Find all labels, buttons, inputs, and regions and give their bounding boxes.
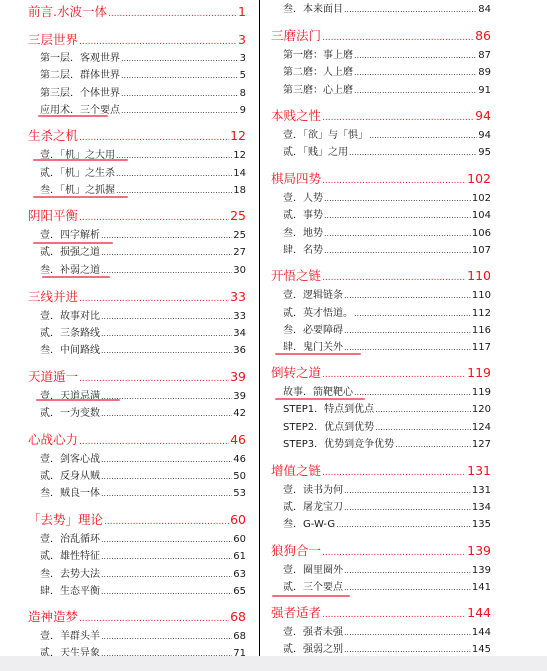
dot-leader (104, 517, 229, 527)
toc-page-number: 12 (230, 128, 246, 143)
toc-page-number: 50 (233, 471, 246, 482)
viewer-bottom-bar (0, 656, 547, 671)
toc-entry-title: 贰．事势 (283, 206, 323, 221)
dot-leader (121, 89, 239, 98)
toc-entry-title: 叁．G-W-G (283, 515, 335, 530)
toc-chapter-link[interactable]: 增值之链131 (271, 461, 491, 479)
toc-section-link[interactable]: 壹．四字解析25 (28, 226, 246, 241)
handwritten-underline (33, 159, 128, 161)
dot-leader (344, 343, 471, 352)
toc-entry-title: 前言.水波一体 (28, 2, 107, 20)
toc-page-number: 144 (472, 627, 491, 638)
toc-page-number: 117 (472, 342, 491, 353)
dot-leader (79, 294, 229, 304)
toc-entry-title: 肆．鬼门关外 (283, 338, 343, 353)
toc-page-number: 3 (238, 32, 246, 47)
toc-entry-title: 三线并进 (28, 287, 78, 305)
toc-section-link[interactable]: 叁．中间路线36 (28, 341, 246, 356)
toc-chapter-link[interactable]: 「去势」理论60 (28, 510, 246, 528)
toc-section-link[interactable]: 贰．一为变数42 (28, 404, 246, 419)
toc-chapter-link[interactable]: 本贱之性94 (271, 106, 491, 124)
toc-page-number: 94 (475, 108, 491, 123)
toc-page-number: 84 (478, 4, 491, 15)
dot-leader (101, 392, 232, 401)
handwritten-underline (275, 353, 361, 355)
toc-entry-title: 壹．圈里圈外 (283, 561, 343, 576)
dot-leader (121, 71, 239, 80)
toc-entry-title: 贰．屠龙宝刀 (283, 498, 343, 513)
dot-leader (101, 455, 232, 464)
toc-page-number: 18 (233, 185, 246, 196)
toc-page-number: 25 (230, 208, 246, 223)
toc-section-link[interactable]: 壹．人势102 (271, 189, 491, 204)
dot-leader (322, 273, 466, 283)
toc-entry-title: 造神造梦 (28, 607, 78, 625)
dot-leader (101, 346, 232, 355)
toc-entry-title: 强者适者 (271, 603, 321, 621)
toc-section-link[interactable]: 肆．生态平衡65 (28, 582, 246, 597)
toc-entry-title: 三层世界 (28, 30, 78, 48)
toc-entry-title: 肆．名势 (283, 241, 323, 256)
toc-section-link[interactable]: 壹．读书为何131 (271, 481, 491, 496)
toc-entry-title: 叁．中间路线 (40, 341, 100, 356)
toc-page-number: 61 (233, 551, 246, 562)
dot-leader (322, 113, 474, 123)
dot-leader (79, 133, 229, 143)
toc-page-number: 131 (467, 463, 491, 478)
toc-entry-title: 壹．强者未强 (283, 623, 343, 638)
toc-chapter-link[interactable]: 开悟之链110 (271, 266, 491, 284)
dot-leader (101, 248, 232, 257)
toc-page-number: 39 (230, 369, 246, 384)
toc-page-number: 60 (233, 534, 246, 545)
toc-entry-title: 贰．强弱之别 (283, 640, 343, 655)
toc-entry-title: 贰．反身从贼 (40, 467, 100, 482)
handwritten-underline (42, 276, 110, 278)
dot-leader (79, 374, 229, 384)
toc-entry-title: 生杀之机 (28, 126, 78, 144)
dot-leader (344, 291, 471, 300)
toc-entry-title: 心战心力 (28, 430, 78, 448)
dot-leader (79, 437, 229, 447)
toc-page-number: 119 (467, 365, 491, 380)
toc-page-number: 34 (233, 328, 246, 339)
toc-page-number: 91 (478, 85, 491, 96)
toc-page-number: 63 (233, 569, 246, 580)
toc-page-number: 9 (240, 105, 246, 116)
toc-section-link[interactable]: 壹．圈里圈外139 (271, 561, 491, 576)
toc-entry-title: 天道遁一 (28, 367, 78, 385)
toc-page-number: 87 (478, 50, 491, 61)
toc-chapter-link[interactable]: 三线并进33 (28, 287, 246, 305)
column-divider (259, 0, 260, 656)
toc-entry-title: 狼狗合一 (271, 541, 321, 559)
toc-section-link[interactable]: 第三磨：心上磨91 (271, 81, 491, 96)
toc-entry-title: 贰．损强之道 (40, 243, 100, 258)
dot-leader (354, 51, 477, 60)
toc-entry-title: 第二磨：人上磨 (283, 63, 353, 78)
handwritten-underline (33, 242, 113, 244)
toc-page-number: 145 (472, 644, 491, 655)
toc-section-link[interactable]: 贰．损强之道27 (28, 243, 246, 258)
toc-page-number: 42 (233, 408, 246, 419)
dot-leader (344, 645, 471, 654)
toc-entry-title: 「去势」理论 (28, 510, 103, 528)
dot-leader (121, 54, 239, 63)
dot-leader (101, 632, 232, 641)
toc-entry-title: 开悟之链 (271, 266, 321, 284)
toc-entry-title: 壹．羊群头羊 (40, 627, 100, 642)
toc-page-number: 36 (233, 345, 246, 356)
toc-entry-title: 第三层．个体世界 (40, 84, 120, 99)
handwritten-underline (38, 115, 108, 117)
toc-entry-title: 叁．补弱之道 (40, 261, 100, 276)
dot-leader (116, 151, 232, 160)
toc-page-number: 95 (478, 147, 491, 158)
dot-leader (344, 486, 471, 495)
toc-section-link[interactable]: 贰．三条路线34 (28, 324, 246, 339)
toc-page-number: 33 (233, 311, 246, 322)
toc-entry-title: 贰．三条路线 (40, 324, 100, 339)
toc-chapter-link[interactable]: 强者适者144 (271, 603, 491, 621)
dot-leader (322, 33, 474, 43)
toc-entry-title: 壹．四字解析 (40, 226, 100, 241)
toc-entry-title: 壹．治乱循环 (40, 530, 100, 545)
toc-section-link[interactable]: 贰．英才悟道。112 (271, 304, 491, 319)
dot-leader (354, 388, 471, 397)
toc-chapter-link[interactable]: 天道遁一39 (28, 367, 246, 385)
toc-chapter-link[interactable]: 三层世界3 (28, 30, 246, 48)
dot-leader (79, 614, 229, 624)
toc-page-number: 104 (472, 210, 491, 221)
dot-leader (121, 106, 239, 115)
toc-chapter-link[interactable]: 棋局四势102 (271, 169, 491, 187)
toc-section-link[interactable]: 叁．补弱之道30 (28, 261, 246, 276)
toc-entry-title: 肆．生态平衡 (40, 582, 100, 597)
dot-leader (324, 229, 471, 238)
toc-section-link[interactable]: 贰．反身从贼50 (28, 467, 246, 482)
toc-entry-title: 壹．人势 (283, 189, 323, 204)
toc-page-number: 12 (233, 150, 246, 161)
toc-section-link[interactable]: 叁．本来面目84 (271, 0, 491, 15)
toc-entry-title: 叁．贼良一体 (40, 484, 100, 499)
dot-leader (322, 370, 466, 380)
toc-page-number: 141 (472, 582, 491, 593)
dot-leader (116, 186, 232, 195)
handwritten-underline (33, 196, 128, 198)
toc-entry-title: STEP3．优势到竞争优势 (283, 435, 394, 450)
toc-section-link[interactable]: 壹．剑客心战46 (28, 450, 246, 465)
toc-section-link[interactable]: 第二磨：人上磨89 (271, 63, 491, 78)
toc-page-number: 94 (478, 130, 491, 141)
dot-leader (101, 266, 232, 275)
toc-entry-title: 应用术．三个要点 (40, 101, 120, 116)
dot-leader (101, 570, 232, 579)
dot-leader (344, 326, 471, 335)
toc-page-number: 5 (240, 70, 246, 81)
dot-leader (395, 440, 471, 449)
handwritten-underline (275, 398, 365, 400)
toc-page-number: 102 (472, 193, 491, 204)
toc-page-number: 89 (478, 67, 491, 78)
toc-page-number: 68 (233, 631, 246, 642)
dot-leader (344, 503, 471, 512)
toc-page-number: 131 (472, 485, 491, 496)
toc-entry-title: 叁．本来面目 (283, 0, 343, 15)
toc-page-number: 106 (472, 228, 491, 239)
toc-chapter-link[interactable]: 狼狗合一139 (271, 541, 491, 559)
toc-page-number: 27 (233, 247, 246, 258)
toc-entry-title: 贰．「贱」之用 (283, 143, 348, 158)
toc-section-link[interactable]: 故事．箭靶靶心119 (271, 383, 491, 398)
toc-section-link[interactable]: 贰．三个要点141 (271, 578, 491, 593)
dot-leader (79, 37, 237, 47)
toc-page-number: 135 (472, 519, 491, 530)
dot-leader (116, 169, 232, 178)
dot-leader (101, 587, 232, 596)
toc-entry-title: 叁．地势 (283, 224, 323, 239)
toc-page-number: 46 (230, 432, 246, 447)
toc-page-number: 65 (233, 586, 246, 597)
toc-section-link[interactable]: 叁．必要障碍116 (271, 321, 491, 336)
dot-leader (101, 312, 232, 321)
toc-page-number: 1 (238, 4, 246, 19)
dot-leader (354, 68, 477, 77)
dot-leader (322, 610, 466, 620)
toc-section-link[interactable]: 肆．鬼门关外117 (271, 338, 491, 353)
toc-page-number: 119 (472, 387, 491, 398)
toc-section-link[interactable]: 叁．贼良一体53 (28, 484, 246, 499)
toc-page-number: 127 (472, 439, 491, 450)
toc-section-link[interactable]: STEP3．优势到竞争优势127 (271, 435, 491, 450)
dot-leader (336, 520, 471, 529)
dot-leader (101, 231, 232, 240)
dot-leader (101, 329, 232, 338)
toc-chapter-link[interactable]: 三磨法门86 (271, 26, 491, 44)
dot-leader (344, 566, 471, 575)
dot-leader (375, 423, 471, 432)
dot-leader (101, 409, 232, 418)
toc-section-link[interactable]: 壹．羊群头羊68 (28, 627, 246, 642)
toc-entry-title: 叁．「机」之抓握 (40, 181, 115, 196)
toc-entry-title: 壹．逻辑链条 (283, 286, 343, 301)
toc-page-number: 139 (472, 565, 491, 576)
dot-leader (101, 535, 232, 544)
toc-page-number: 134 (472, 502, 491, 513)
toc-page-number: 3 (240, 53, 246, 64)
toc-page-number: 107 (472, 245, 491, 256)
toc-entry-title: 壹．故事对比 (40, 307, 100, 322)
toc-page-number: 14 (233, 168, 246, 179)
toc-page-number: 139 (467, 543, 491, 558)
dot-leader (101, 489, 232, 498)
toc-section-link[interactable]: 贰．「贱」之用95 (271, 143, 491, 158)
toc-page-number: 120 (472, 404, 491, 415)
toc-entry-title: 本贱之性 (271, 106, 321, 124)
toc-entry-title: 增值之链 (271, 461, 321, 479)
toc-page-number: 8 (240, 88, 246, 99)
toc-section-link[interactable]: 壹．逻辑链条110 (271, 286, 491, 301)
handwritten-underline (272, 595, 350, 597)
dot-leader (324, 246, 471, 255)
dot-leader (101, 552, 232, 561)
toc-entry-title: 贰．英才悟道。 (283, 304, 353, 319)
dot-leader (344, 628, 471, 637)
toc-entry-title: 倒转之道 (271, 363, 321, 381)
dot-leader (322, 468, 466, 478)
toc-page-number: 53 (233, 488, 246, 499)
dot-leader (79, 213, 229, 223)
toc-section-link[interactable]: 贰．屠龙宝刀134 (271, 498, 491, 513)
toc-chapter-link[interactable]: 心战心力46 (28, 430, 246, 448)
toc-page-number: 116 (472, 325, 491, 336)
dot-leader (354, 86, 477, 95)
toc-section-link[interactable]: 贰．雄性特征61 (28, 547, 246, 562)
toc-section-link[interactable]: STEP2．优点到优势124 (271, 418, 491, 433)
toc-section-link[interactable]: STEP1．特点到优点120 (271, 400, 491, 415)
toc-page-number: 102 (467, 171, 491, 186)
toc-section-link[interactable]: 第一磨：事上磨87 (271, 46, 491, 61)
toc-page-number: 60 (230, 512, 246, 527)
dot-leader (349, 148, 477, 157)
dot-leader (344, 5, 477, 14)
dot-leader (108, 9, 237, 19)
toc-page: 前言.水波一体1三层世界3第一层．客观世界3第二层．群体世界5第三层．个体世界8… (0, 0, 547, 656)
toc-section-link[interactable]: 贰．强弱之别145 (271, 640, 491, 655)
toc-chapter-link[interactable]: 生杀之机12 (28, 126, 246, 144)
toc-entry-title: 贰．雄性特征 (40, 547, 100, 562)
toc-entry-title: 壹．「欲」与「惧」 (283, 126, 368, 141)
toc-section-link[interactable]: 肆．名势107 (271, 241, 491, 256)
toc-section-link[interactable]: 贰．事势104 (271, 206, 491, 221)
toc-section-link[interactable]: 叁．地势106 (271, 224, 491, 239)
toc-section-link[interactable]: 壹．故事对比33 (28, 307, 246, 322)
toc-section-link[interactable]: 贰．「机」之生杀14 (28, 164, 246, 179)
dot-leader (344, 583, 471, 592)
toc-page-number: 33 (230, 289, 246, 304)
toc-entry-title: 壹．剑客心战 (40, 450, 100, 465)
toc-entry-title: 贰．「机」之生杀 (40, 164, 115, 179)
toc-section-link[interactable]: 叁．「机」之抓握18 (28, 181, 246, 196)
toc-page-number: 124 (472, 422, 491, 433)
toc-page-number: 25 (233, 230, 246, 241)
toc-page-number: 39 (233, 391, 246, 402)
toc-entry-title: STEP1．特点到优点 (283, 400, 374, 415)
toc-page-number: 144 (467, 605, 491, 620)
toc-entry-title: 三磨法门 (271, 26, 321, 44)
dot-leader (324, 194, 471, 203)
dot-leader (101, 472, 232, 481)
dot-leader (322, 176, 466, 186)
toc-section-link[interactable]: 叁．去势大法63 (28, 565, 246, 580)
toc-page-number: 30 (233, 265, 246, 276)
toc-chapter-link[interactable]: 造神造梦68 (28, 607, 246, 625)
dot-leader (354, 309, 471, 318)
toc-entry-title: 第一磨：事上磨 (283, 46, 353, 61)
toc-entry-title: 棋局四势 (271, 169, 321, 187)
dot-leader (322, 548, 466, 558)
toc-entry-title: 第二层．群体世界 (40, 66, 120, 81)
toc-section-link[interactable]: 壹．强者未强144 (271, 623, 491, 638)
toc-page-number: 68 (230, 609, 246, 624)
toc-entry-title: 贰．三个要点 (283, 578, 343, 593)
toc-section-link[interactable]: 壹．治乱循环60 (28, 530, 246, 545)
toc-page-number: 110 (472, 290, 491, 301)
toc-entry-title: 第一层．客观世界 (40, 49, 120, 64)
toc-section-link[interactable]: 壹．「欲」与「惧」94 (271, 126, 491, 141)
toc-entry-title: STEP2．优点到优势 (283, 418, 374, 433)
toc-section-link[interactable]: 第二层．群体世界5 (28, 66, 246, 81)
toc-entry-title: 阴阳平衡 (28, 206, 78, 224)
toc-section-link[interactable]: 应用术．三个要点9 (28, 101, 246, 116)
handwritten-underline (36, 399, 120, 401)
toc-section-link[interactable]: 第三层．个体世界8 (28, 84, 246, 99)
toc-entry-title: 贰．一为变数 (40, 404, 100, 419)
dot-leader (324, 211, 471, 220)
toc-entry-title: 叁．去势大法 (40, 565, 100, 580)
toc-page-number: 112 (472, 308, 491, 319)
toc-entry-title: 故事．箭靶靶心 (283, 383, 353, 398)
toc-page-number: 86 (475, 28, 491, 43)
toc-section-link[interactable]: 叁．G-W-G135 (271, 515, 491, 530)
toc-entry-title: 叁．必要障碍 (283, 321, 343, 336)
toc-chapter-link[interactable]: 前言.水波一体1 (28, 2, 246, 20)
toc-chapter-link[interactable]: 阴阳平衡25 (28, 206, 246, 224)
toc-page-number: 46 (233, 454, 246, 465)
toc-page-number: 110 (467, 268, 491, 283)
toc-section-link[interactable]: 第一层．客观世界3 (28, 49, 246, 64)
toc-chapter-link[interactable]: 倒转之道119 (271, 363, 491, 381)
dot-leader (375, 405, 471, 414)
toc-entry-title: 壹．读书为何 (283, 481, 343, 496)
toc-entry-title: 第三磨：心上磨 (283, 81, 353, 96)
dot-leader (369, 131, 477, 140)
